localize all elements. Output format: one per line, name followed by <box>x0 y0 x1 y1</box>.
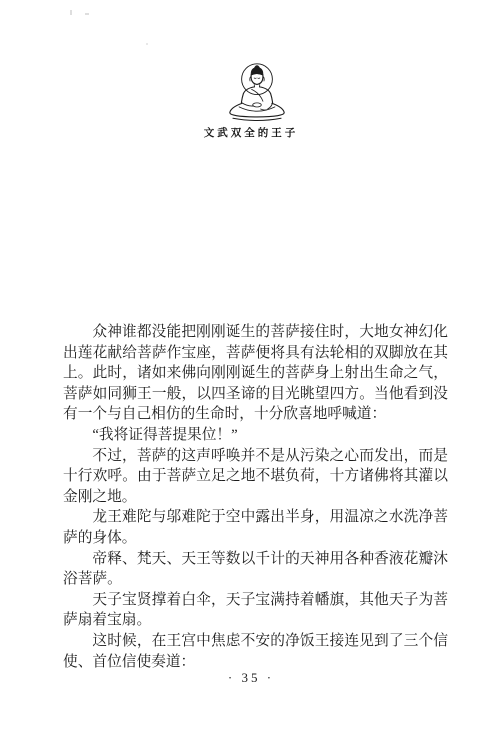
paragraph: “我将证得菩提果位！” <box>63 425 448 446</box>
paragraph: 众神谁都没能把刚刚诞生的菩萨接住时，大地女神幻化出莲花献给菩萨作宝座，菩萨便将具… <box>63 322 448 425</box>
paragraph: 这时候，在王宫中焦虑不安的净饭王接连见到了三个信使、首位信使奏道： <box>63 631 448 672</box>
book-page: 文武双全的王子 众神谁都没能把刚刚诞生的菩萨接住时，大地女神幻化出莲花献给菩萨作… <box>0 0 502 747</box>
page-number: · 35 · <box>0 670 502 686</box>
buddha-illustration <box>217 58 297 126</box>
scan-artifact <box>146 43 148 45</box>
paragraph: 帝释、梵天、天王等数以千计的天神用各种香液花瓣沐浴菩萨。 <box>63 549 448 590</box>
paragraph: 龙王难陀与邬难陀于空中露出半身，用温凉之水洗净菩萨的身体。 <box>63 507 448 548</box>
seated-buddha-icon <box>217 58 297 126</box>
chapter-caption: 文武双全的王子 <box>0 125 502 140</box>
scan-artifact <box>70 10 72 15</box>
paragraph: 不过，菩萨的这声呼唤并不是从污染之心而发出，而是十行欢呼。由于菩萨立足之地不堪负… <box>63 446 448 508</box>
scan-artifact <box>85 13 89 15</box>
paragraph: 天子宝贤撑着白伞，天子宝满持着幡旗，其他天子为菩萨扇着宝扇。 <box>63 590 448 631</box>
body-text: 众神谁都没能把刚刚诞生的菩萨接住时，大地女神幻化出莲花献给菩萨作宝座，菩萨便将具… <box>63 322 448 672</box>
